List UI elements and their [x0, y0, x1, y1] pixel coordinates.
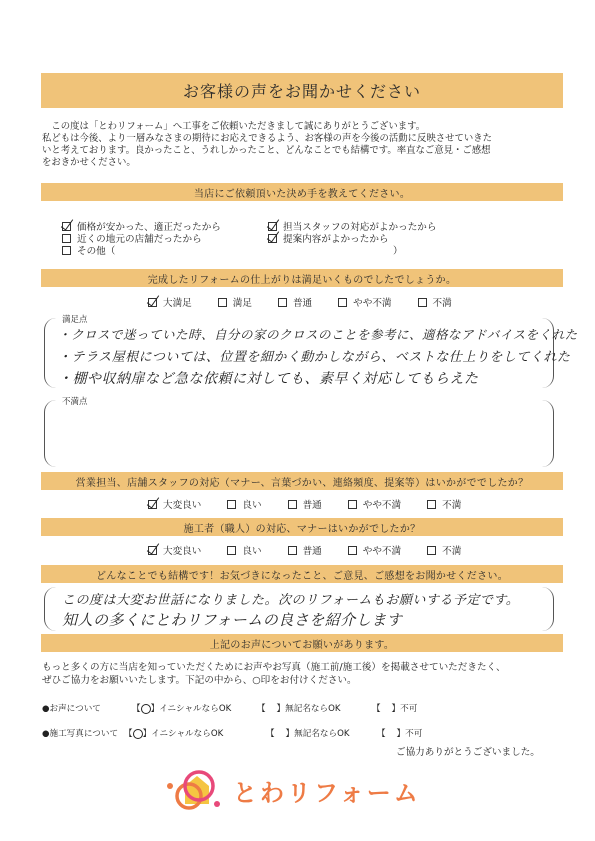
intro-line: 私どもは今後、より一層みなさまの期待にお応えできるよう、お客様の声を今後の活動に… — [42, 133, 562, 145]
bracket: 【 — [372, 704, 381, 714]
rating-very-good[interactable]: 大変良い — [148, 543, 201, 557]
checkbox-checked-icon[interactable] — [148, 546, 157, 555]
checkbox-icon[interactable] — [427, 500, 436, 509]
intro-text: この度は「とわリフォーム」へ工事をご依頼いただきまして誠にありがとうございます。… — [42, 121, 562, 169]
q1-title: 当店にご依頼頂いた決め手を教えてください。 — [194, 185, 410, 200]
bracket: 【 — [377, 729, 386, 739]
q1-header: 当店にご依頼頂いた決め手を教えてください。 — [41, 183, 563, 201]
option-label: 不満 — [442, 497, 461, 511]
bracket: 【 — [266, 729, 275, 739]
rating-unsatisfied[interactable]: 不満 — [427, 497, 461, 511]
q3-header: 営業担当、店舗スタッフの対応（マナー、言葉づかい、連絡頻度、提案等）はいかがでで… — [41, 472, 563, 490]
option-label: やや不満 — [363, 543, 401, 557]
permission-label: ●お声について — [42, 702, 101, 714]
checkbox-icon[interactable] — [62, 234, 71, 243]
company-logo: とわリフォーム — [165, 764, 421, 816]
satisfied-label: 満足点 — [60, 313, 90, 325]
intro-line: をおきかせください。 — [42, 157, 562, 169]
q5-header: どんなことでも結構です！お気づきになったこと、ご意見、ご感想をお聞かせください。 — [41, 565, 563, 583]
bracket: 【 — [132, 704, 141, 714]
checkbox-icon[interactable] — [227, 546, 236, 555]
rating-very-satisfied[interactable]: 大満足 — [148, 295, 192, 309]
option-label: 】イニシャルならOK — [151, 704, 232, 714]
rating-slightly-unsatisfied[interactable]: やや不満 — [338, 295, 391, 309]
option-not-allowed[interactable]: 【 】不可 — [377, 727, 422, 739]
circle-mark-icon — [141, 704, 151, 714]
option-label: 提案内容がよかったから — [283, 231, 389, 245]
option-label: 大変良い — [163, 497, 201, 511]
rating-good[interactable]: 良い — [227, 543, 261, 557]
rating-normal[interactable]: 普通 — [278, 295, 312, 309]
checkbox-checked-icon[interactable] — [62, 222, 71, 231]
option-label: 満足 — [233, 295, 252, 309]
request-title: 上記のお声についてお願いがあります。 — [210, 636, 394, 651]
q2-title: 完成したリフォームの仕上がりは満足いくものでしたでしょうか。 — [148, 271, 457, 286]
option-not-allowed[interactable]: 【 】不可 — [372, 702, 417, 714]
option-label: 普通 — [303, 497, 322, 511]
option-label: 良い — [242, 497, 261, 511]
request-line: ぜひご協力をお願いいたします。下記の中から、○印をお付けください。 — [42, 674, 506, 687]
q4-rating: 大変良い 良い 普通 やや不満 不満 — [148, 543, 487, 557]
circle-mark-icon — [133, 729, 143, 739]
bracket: 【 — [257, 704, 266, 714]
q4-header: 施工者（職人）の対応、マナーはいかがでしたか？ — [41, 518, 563, 536]
comment-line: この度は大変お世話になりました。次のリフォームもお願いする予定です。 — [62, 589, 519, 608]
checkbox-icon[interactable] — [278, 298, 287, 307]
option-label: 普通 — [303, 543, 322, 557]
option-label: 良い — [242, 543, 261, 557]
bracket: 【 — [124, 729, 133, 739]
option-label: 不満 — [433, 295, 452, 309]
checkbox-checked-icon[interactable] — [268, 234, 277, 243]
option-label: その他（ — [77, 243, 115, 257]
comment-line: 知人の多くにとわリフォームの良さを紹介します — [62, 609, 402, 630]
option-label: やや不満 — [363, 497, 401, 511]
checkbox-icon[interactable] — [288, 546, 297, 555]
checkbox-checked-icon[interactable] — [148, 500, 157, 509]
page-title-band: お客様の声をお聞かせください — [41, 73, 563, 108]
rating-normal[interactable]: 普通 — [288, 497, 322, 511]
checkbox-icon[interactable] — [348, 546, 357, 555]
option-initials[interactable]: 【】イニシャルならOK — [132, 702, 231, 714]
q2-header: 完成したリフォームの仕上がりは満足いくものでしたでしょうか。 — [41, 269, 563, 287]
checkbox-icon[interactable] — [218, 298, 227, 307]
permission-label: ●施工写真について — [42, 727, 118, 739]
thanks-text: ご協力ありがとうございました。 — [396, 744, 540, 758]
rating-very-good[interactable]: 大変良い — [148, 497, 201, 511]
satisfied-line: ・テラス屋根については、位置を細かく動かしながら、ベストな仕上りをしてくれた — [58, 346, 570, 365]
permission-row-voice: ●お声について 【】イニシャルならOK 【 】無記名ならOK 【 】不可 — [42, 701, 562, 715]
page-title: お客様の声をお聞かせください — [183, 79, 421, 102]
checkbox-icon[interactable] — [427, 546, 436, 555]
option-anonymous[interactable]: 【 】無記名ならOK — [257, 702, 341, 714]
intro-line: いと考えております。良かったこと、うれしかったこと、どんなことでも結構です。率直… — [42, 145, 562, 157]
rating-normal[interactable]: 普通 — [288, 543, 322, 557]
option-label: 大満足 — [163, 295, 192, 309]
unsatisfied-points-box[interactable] — [44, 400, 554, 467]
permission-row-photo: ●施工写真について 【】イニシャルならOK 【 】無記名ならOK 【 】不可 — [42, 726, 562, 740]
option-label: 】無記名ならOK — [277, 704, 341, 714]
logo-rings-icon — [165, 764, 225, 816]
rating-slightly-unsatisfied[interactable]: やや不満 — [348, 543, 401, 557]
option-label: 】不可 — [397, 729, 423, 739]
q5-title: どんなことでも結構です！お気づきになったこと、ご意見、ご感想をお聞かせください。 — [96, 567, 508, 582]
option-label: 】無記名ならOK — [286, 729, 350, 739]
request-header: 上記のお声についてお願いがあります。 — [41, 634, 563, 652]
q4-title: 施工者（職人）の対応、マナーはいかがでしたか？ — [184, 520, 421, 535]
rating-satisfied[interactable]: 満足 — [218, 295, 252, 309]
option-initials[interactable]: 【】イニシャルならOK — [124, 727, 223, 739]
checkbox-icon[interactable] — [62, 246, 71, 255]
checkbox-icon[interactable] — [418, 298, 427, 307]
q3-rating: 大変良い 良い 普通 やや不満 不満 — [148, 497, 487, 511]
satisfied-line: ・クロスで迷っていた時、自分の家のクロスのことを参考に、適格なアドバイスをくれた — [58, 325, 578, 343]
q3-title: 営業担当、店舗スタッフの対応（マナー、言葉づかい、連絡頻度、提案等）はいかがでで… — [76, 474, 529, 489]
option-label: 普通 — [293, 295, 312, 309]
satisfied-line: ・棚や収納扉など急な依頼に対しても、素早く対応してもらえた — [58, 368, 479, 388]
unsatisfied-label: 不満点 — [60, 395, 90, 407]
option-label: 】イニシャルならOK — [143, 729, 224, 739]
rating-unsatisfied[interactable]: 不満 — [427, 543, 461, 557]
checkbox-icon[interactable] — [227, 500, 236, 509]
q2-rating: 大満足 満足 普通 やや不満 不満 — [148, 295, 478, 309]
checkbox-icon[interactable] — [348, 500, 357, 509]
q1-option-proposal[interactable]: 提案内容がよかったから — [268, 231, 389, 245]
logo-text: とわリフォーム — [233, 773, 421, 808]
option-label: 大変良い — [163, 543, 201, 557]
option-label: 】不可 — [392, 704, 418, 714]
rating-unsatisfied[interactable]: 不満 — [418, 295, 452, 309]
option-anonymous[interactable]: 【 】無記名ならOK — [266, 727, 350, 739]
q1-option-other[interactable]: その他（ — [62, 243, 115, 257]
rating-slightly-unsatisfied[interactable]: やや不満 — [348, 497, 401, 511]
option-label: やや不満 — [353, 295, 391, 309]
rating-good[interactable]: 良い — [227, 497, 261, 511]
checkbox-checked-icon[interactable] — [148, 298, 157, 307]
intro-line: この度は「とわリフォーム」へ工事をご依頼いただきまして誠にありがとうございます。 — [42, 121, 562, 133]
checkbox-icon[interactable] — [288, 500, 297, 509]
request-text: もっと多くの方に当店を知っていただくためにお声やお写真（施工前/施工後）を掲載さ… — [42, 661, 506, 687]
option-label: 不満 — [442, 543, 461, 557]
request-line: もっと多くの方に当店を知っていただくためにお声やお写真（施工前/施工後）を掲載さ… — [42, 661, 506, 674]
checkbox-icon[interactable] — [338, 298, 347, 307]
other-close-paren: ） — [393, 243, 403, 257]
